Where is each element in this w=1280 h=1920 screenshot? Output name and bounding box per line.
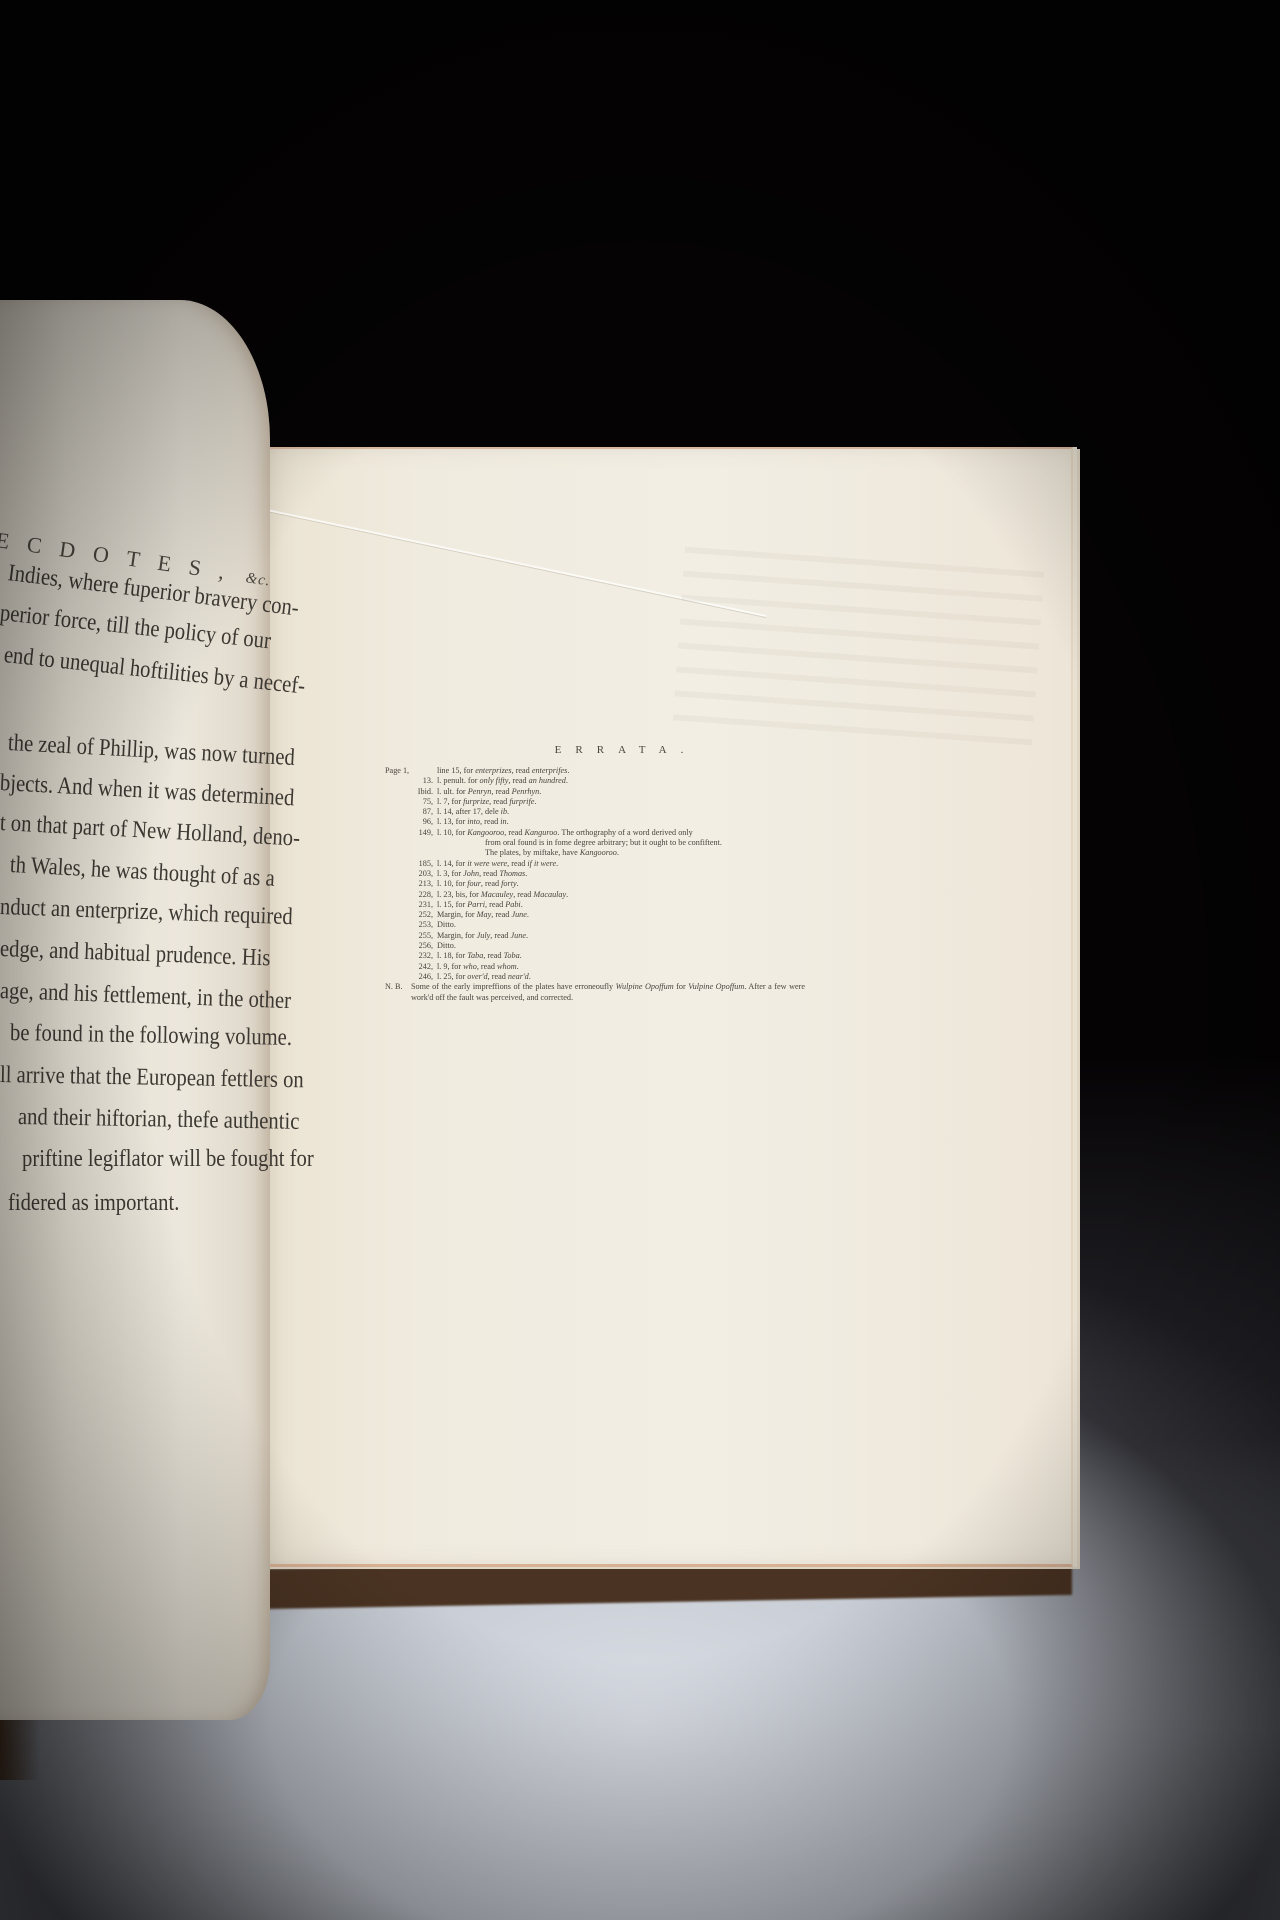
- errata-text: , read: [485, 900, 505, 909]
- errata-correct-word: forty: [501, 879, 516, 888]
- errata-text: The plates, by miftake, have: [485, 848, 580, 857]
- note-label: N. B.: [385, 982, 411, 1003]
- left-page-line: ll arrive that the European fettlers on: [0, 1062, 304, 1094]
- errata-correct-word: June: [511, 931, 526, 940]
- errata-text: for: [674, 982, 689, 991]
- errata-correct-word: enterprifes: [532, 766, 567, 775]
- errata-text: l. 14, after 17, dele: [437, 807, 501, 816]
- errata-page-ref: 185,: [385, 859, 437, 869]
- errata-entry: 75,l. 7, for furprize, read furprife.: [385, 797, 805, 807]
- errata-text: l. ult. for: [437, 787, 468, 796]
- errata-text: .: [617, 848, 619, 857]
- errata-correct-word: if it were: [527, 859, 556, 868]
- errata-text: , read: [480, 817, 500, 826]
- errata-page-ref: 228,: [385, 890, 437, 900]
- errata-wrong-word: Kangooroo: [580, 848, 617, 857]
- errata-page-ref: 253,: [385, 920, 437, 930]
- errata-text: Ditto.: [437, 920, 456, 929]
- errata-entry: 213,l. 10, for four, read forty.: [385, 879, 805, 889]
- left-page-line: fidered as important.: [8, 1190, 179, 1217]
- errata-correction: l. 15, for Parri, read Pabi.: [437, 900, 523, 910]
- errata-text: l. penult. for: [437, 776, 480, 785]
- errata-text: , read: [491, 910, 511, 919]
- errata-note: N. B.Some of the early impreffions of th…: [385, 982, 805, 1003]
- errata-correct-word: June: [511, 910, 526, 919]
- errata-text: l. 23, bis, for: [437, 890, 481, 899]
- errata-correction: l. 13, for into, read in.: [437, 817, 509, 827]
- errata-text: Ditto.: [437, 941, 456, 950]
- errata-page-ref: 13.: [385, 776, 437, 786]
- errata-title: ERRATA.: [447, 744, 805, 756]
- errata-entry: 231,l. 15, for Parri, read Pabi.: [385, 900, 805, 910]
- errata-page-ref: 87,: [385, 807, 437, 817]
- errata-wrong-word: July: [477, 931, 491, 940]
- errata-wrong-word: John: [463, 869, 479, 878]
- right-page: [258, 447, 1073, 1567]
- errata-text: l. 13, for: [437, 817, 467, 826]
- errata-wrong-word: furprize: [463, 797, 489, 806]
- errata-wrong-word: it were were: [467, 859, 507, 868]
- errata-page-ref: 232,: [385, 951, 437, 961]
- errata-text: .: [526, 931, 528, 940]
- errata-text: , read: [477, 962, 497, 971]
- errata-entry: The plates, by miftake, have Kangooroo.: [385, 848, 805, 858]
- errata-text: .: [567, 766, 569, 775]
- errata-text: .: [566, 890, 568, 899]
- errata-correction: line 15, for enterprizes, read enterprif…: [437, 766, 569, 776]
- errata-correction: l. 14, after 17, dele ib.: [437, 807, 509, 817]
- errata-page-ref: 255,: [385, 931, 437, 941]
- errata-wrong-word: over'd: [467, 972, 487, 981]
- errata-text: .: [525, 869, 527, 878]
- errata-entry: 255,Margin, for July, read June.: [385, 931, 805, 941]
- left-page-line: be found in the following volume.: [10, 1020, 292, 1052]
- errata-correct-word: an hundred: [529, 776, 566, 785]
- errata-entry: 252,Margin, for May, read June.: [385, 910, 805, 920]
- errata-correct-word: Vulpine Opoffum: [688, 982, 744, 991]
- errata-correct-word: furprife: [509, 797, 534, 806]
- errata-correct-word: Toba: [504, 951, 520, 960]
- errata-page-ref: 256,: [385, 941, 437, 951]
- errata-text: , read: [483, 951, 503, 960]
- errata-wrong-word: May: [477, 910, 492, 919]
- errata-correction: l. 23, bis, for Macauley, read Macaulay.: [437, 890, 568, 900]
- errata-page-ref: Page 1,: [385, 766, 437, 776]
- errata-correction: Margin, for May, read June.: [437, 910, 529, 920]
- errata-entry: 87,l. 14, after 17, dele ib.: [385, 807, 805, 817]
- errata-text: , read: [491, 787, 511, 796]
- errata-wrong-word: into: [467, 817, 480, 826]
- errata-correction: l. 10, for four, read forty.: [437, 879, 519, 889]
- errata-text: l. 15, for: [437, 900, 467, 909]
- errata-entry: 185,l. 14, for it were were, read if it …: [385, 859, 805, 869]
- errata-entry: 13.l. penult. for only fifty, read an hu…: [385, 776, 805, 786]
- errata-wrong-word: who: [463, 962, 477, 971]
- left-page-line: priftine legiflator will be fought for: [22, 1146, 314, 1173]
- errata-text: , read: [504, 828, 524, 837]
- errata-text: l. 10, for: [437, 879, 467, 888]
- errata-text: .: [507, 817, 509, 826]
- errata-entry: 232,l. 18, for Taba, read Toba.: [385, 951, 805, 961]
- errata-text: Some of the early impreffions of the pla…: [411, 982, 616, 991]
- errata-entry: 96,l. 13, for into, read in.: [385, 817, 805, 827]
- errata-correction: l. 10, for Kangooroo, read Kanguroo. The…: [437, 828, 693, 838]
- errata-text: .: [527, 910, 529, 919]
- errata-correction: l. 18, for Taba, read Toba.: [437, 951, 522, 961]
- errata-correct-word: whom: [497, 962, 517, 971]
- errata-text: l. 14, for: [437, 859, 467, 868]
- errata-text: , read: [513, 890, 533, 899]
- errata-text: , read: [481, 879, 501, 888]
- errata-correction: l. 25, for over'd, read near'd.: [437, 972, 531, 982]
- errata-correct-word: Thomas: [499, 869, 525, 878]
- errata-text: , read: [479, 869, 499, 878]
- errata-text: line 15, for: [437, 766, 475, 775]
- errata-wrong-word: four: [467, 879, 481, 888]
- errata-wrong-word: Parri: [467, 900, 485, 909]
- note-text: Some of the early impreffions of the pla…: [411, 982, 805, 1003]
- errata-correction: Ditto.: [437, 920, 456, 930]
- errata-text: , read: [512, 766, 532, 775]
- errata-text: l. 9, for: [437, 962, 463, 971]
- errata-correct-word: Pabi: [505, 900, 520, 909]
- errata-text: .: [556, 859, 558, 868]
- errata-text: , read: [508, 776, 528, 785]
- errata-page-ref: 246,: [385, 972, 437, 982]
- errata-correct-word: Kanguroo: [524, 828, 557, 837]
- errata-text: l. 7, for: [437, 797, 463, 806]
- errata-entry: 246,l. 25, for over'd, read near'd.: [385, 972, 805, 982]
- errata-page-ref: 203,: [385, 869, 437, 879]
- errata-text: l. 25, for: [437, 972, 467, 981]
- errata-page-ref: Ibid.: [385, 787, 437, 797]
- errata-block: ERRATA. Page 1,line 15, for enterprizes,…: [385, 744, 805, 1003]
- errata-correct-word: Macaulay: [533, 890, 566, 899]
- errata-correction: from oral found is in fome degree arbitr…: [385, 838, 722, 848]
- errata-wrong-word: Taba: [467, 951, 483, 960]
- errata-entry: 149,l. 10, for Kangooroo, read Kanguroo.…: [385, 828, 805, 838]
- errata-entry: Page 1,line 15, for enterprizes, read en…: [385, 766, 805, 776]
- errata-correction: l. 3, for John, read Thomas.: [437, 869, 527, 879]
- errata-page-ref: 231,: [385, 900, 437, 910]
- offset-print-ghost: [672, 547, 1044, 762]
- errata-correction: l. 9, for who, read whom.: [437, 962, 519, 972]
- errata-correction: l. penult. for only fifty, read an hundr…: [437, 776, 568, 786]
- errata-text: . The orthography of a word derived only: [557, 828, 692, 837]
- errata-entry: 242,l. 9, for who, read whom.: [385, 962, 805, 972]
- errata-text: .: [507, 807, 509, 816]
- errata-text: l. 3, for: [437, 869, 463, 878]
- errata-text: , read: [489, 797, 509, 806]
- errata-text: l. 10, for: [437, 828, 467, 837]
- errata-text: .: [534, 797, 536, 806]
- errata-wrong-word: enterprizes: [475, 766, 511, 775]
- errata-correction: l. ult. for Penryn, read Penrhyn.: [437, 787, 541, 797]
- left-page-line: and their hiftorian, thefe authentic: [18, 1104, 300, 1136]
- errata-text: .: [517, 879, 519, 888]
- errata-page-ref: 242,: [385, 962, 437, 972]
- errata-wrong-word: Penryn: [468, 787, 492, 796]
- errata-text: , read: [490, 931, 510, 940]
- errata-text: , read: [488, 972, 508, 981]
- errata-text: .: [539, 787, 541, 796]
- errata-correct-word: near'd: [508, 972, 529, 981]
- errata-page-ref: 96,: [385, 817, 437, 827]
- errata-correct-word: Penrhyn: [512, 787, 540, 796]
- errata-correction: Margin, for July, read June.: [437, 931, 528, 941]
- errata-text: from oral found is in fome degree arbitr…: [485, 838, 722, 847]
- errata-correction: l. 14, for it were were, read if it were…: [437, 859, 558, 869]
- errata-text: Margin, for: [437, 910, 477, 919]
- errata-page-ref: 252,: [385, 910, 437, 920]
- errata-page-ref: 149,: [385, 828, 437, 838]
- errata-page-ref: 213,: [385, 879, 437, 889]
- errata-text: .: [517, 962, 519, 971]
- errata-text: .: [520, 951, 522, 960]
- errata-correction: The plates, by miftake, have Kangooroo.: [385, 848, 619, 858]
- errata-wrong-word: Macauley: [481, 890, 513, 899]
- errata-entry: from oral found is in fome degree arbitr…: [385, 838, 805, 848]
- errata-entry: 253,Ditto.: [385, 920, 805, 930]
- errata-wrong-word: Wulpine Opoffum: [616, 982, 674, 991]
- errata-wrong-word: Kangooroo: [467, 828, 504, 837]
- errata-text: l. 18, for: [437, 951, 467, 960]
- errata-entry: 203,l. 3, for John, read Thomas.: [385, 869, 805, 879]
- errata-text: .: [521, 900, 523, 909]
- errata-text: .: [566, 776, 568, 785]
- errata-wrong-word: only fifty: [480, 776, 509, 785]
- errata-correction: Ditto.: [437, 941, 456, 951]
- errata-list: Page 1,line 15, for enterprizes, read en…: [385, 766, 805, 1003]
- errata-text: .: [529, 972, 531, 981]
- errata-page-ref: 75,: [385, 797, 437, 807]
- errata-correction: l. 7, for furprize, read furprife.: [437, 797, 536, 807]
- errata-text: Margin, for: [437, 931, 477, 940]
- errata-entry: 256,Ditto.: [385, 941, 805, 951]
- errata-entry: 228,l. 23, bis, for Macauley, read Macau…: [385, 890, 805, 900]
- errata-entry: Ibid.l. ult. for Penryn, read Penrhyn.: [385, 787, 805, 797]
- errata-text: , read: [507, 859, 527, 868]
- running-head-suffix: &c.: [245, 570, 272, 589]
